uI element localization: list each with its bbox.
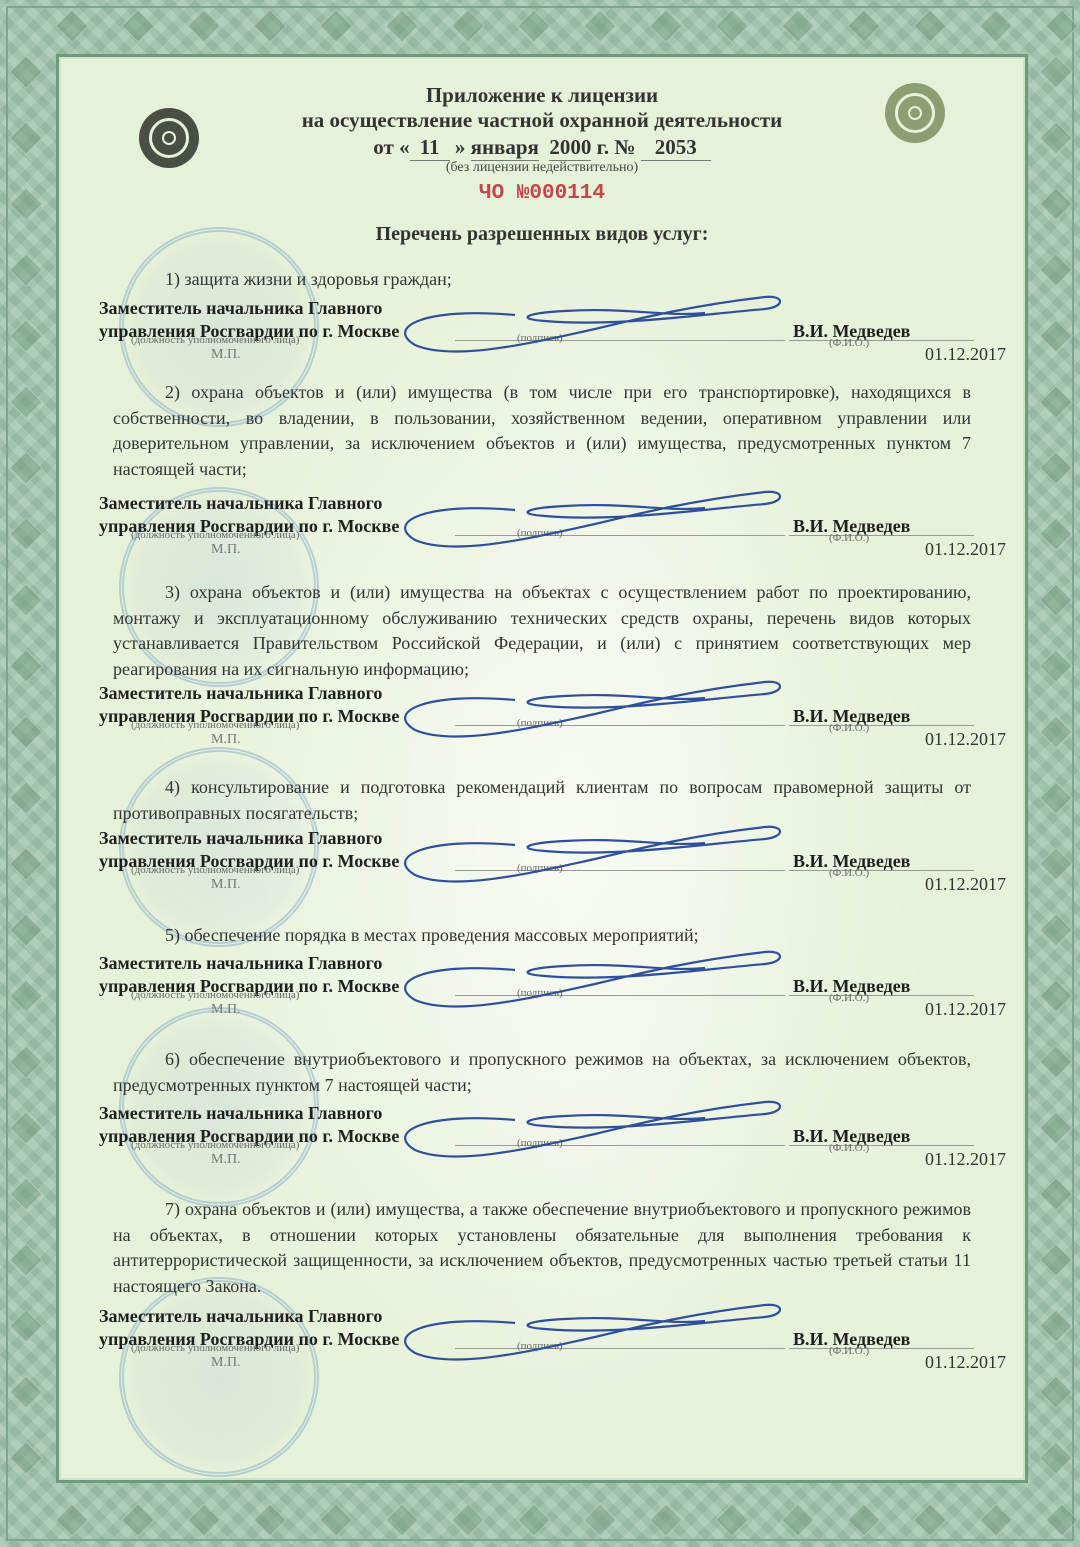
position-caption: (должность уполномоченного лица) [131, 864, 299, 876]
seal-caption: М.П. [211, 1355, 241, 1371]
signature-block: Заместитель начальника Главного управлен… [99, 1305, 979, 1375]
date-prefix: от « [373, 135, 409, 159]
signature-block: Заместитель начальника Главного управлен… [99, 827, 979, 897]
handwritten-signature-icon [365, 287, 785, 357]
signature-block: Заместитель начальника Главного управлен… [99, 952, 979, 1022]
service-item: 2) охрана объектов и (или) имущества (в … [113, 380, 971, 482]
service-item: 3) охрана объектов и (или) имущества на … [113, 580, 971, 682]
position-line1: Заместитель начальника Главного [99, 492, 399, 515]
handwritten-signature-icon [365, 1295, 785, 1365]
signature-block: Заместитель начальника Главного управлен… [99, 1102, 979, 1172]
position-caption: (должность уполномоченного лица) [131, 529, 299, 541]
position-caption: (должность уполномоченного лица) [131, 1342, 299, 1354]
name-caption: (Ф.И.О.) [829, 722, 869, 734]
seal-caption: М.П. [211, 732, 241, 748]
handwritten-signature-icon [365, 1092, 785, 1162]
document-subtitle: на осуществление частной охранной деятел… [59, 108, 1025, 133]
signature-block: Заместитель начальника Главного управлен… [99, 682, 979, 752]
name-caption: (Ф.И.О.) [829, 337, 869, 349]
date-mid: » [455, 135, 466, 159]
signature-date: 01.12.2017 [925, 729, 1006, 750]
serial-number: ЧО №000114 [59, 182, 1025, 205]
position-line1: Заместитель начальника Главного [99, 297, 399, 320]
signature-date: 01.12.2017 [925, 999, 1006, 1020]
position-caption: (должность уполномоченного лица) [131, 334, 299, 346]
signature-date: 01.12.2017 [925, 1352, 1006, 1373]
license-number: 2053 [641, 135, 711, 161]
seal-caption: М.П. [211, 1002, 241, 1018]
position-caption: (должность уполномоченного лица) [131, 1139, 299, 1151]
handwritten-signature-icon [365, 942, 785, 1012]
year-suffix: г. [597, 135, 609, 159]
name-caption: (Ф.И.О.) [829, 532, 869, 544]
signature-date: 01.12.2017 [925, 1149, 1006, 1170]
handwritten-signature-icon [365, 817, 785, 887]
name-caption: (Ф.И.О.) [829, 1345, 869, 1357]
document-title: Приложение к лицензии [59, 83, 1025, 108]
seal-caption: М.П. [211, 1152, 241, 1168]
services-list-title: Перечень разрешенных видов услуг: [59, 223, 1025, 246]
license-date-number: от «11 » января 2000 г. № 2053 [59, 135, 1025, 161]
position-line1: Заместитель начальника Главного [99, 1102, 399, 1125]
signature-date: 01.12.2017 [925, 874, 1006, 895]
license-month: января [471, 135, 539, 161]
service-item: 7) охрана объектов и (или) имущества, а … [113, 1197, 971, 1299]
handwritten-signature-icon [365, 672, 785, 742]
signature-date: 01.12.2017 [925, 344, 1006, 365]
signature-block: Заместитель начальника Главного управлен… [99, 297, 979, 367]
name-caption: (Ф.И.О.) [829, 867, 869, 879]
license-year: 2000 [549, 135, 591, 161]
position-line1: Заместитель начальника Главного [99, 682, 399, 705]
validity-note: (без лицензии недействительно) [59, 160, 1025, 176]
position-line1: Заместитель начальника Главного [99, 952, 399, 975]
license-appendix-page: Приложение к лицензии на осуществление ч… [56, 54, 1028, 1483]
name-caption: (Ф.И.О.) [829, 992, 869, 1004]
seal-caption: М.П. [211, 877, 241, 893]
signature-block: Заместитель начальника Главного управлен… [99, 492, 979, 562]
position-line1: Заместитель начальника Главного [99, 827, 399, 850]
seal-caption: М.П. [211, 542, 241, 558]
handwritten-signature-icon [365, 482, 785, 552]
position-caption: (должность уполномоченного лица) [131, 989, 299, 1001]
service-item: 6) обеспечение внутриобъектового и пропу… [113, 1047, 971, 1098]
signature-date: 01.12.2017 [925, 539, 1006, 560]
seal-caption: М.П. [211, 347, 241, 363]
position-caption: (должность уполномоченного лица) [131, 719, 299, 731]
number-label: № [614, 135, 635, 159]
position-line1: Заместитель начальника Главного [99, 1305, 399, 1328]
license-day: 11 [410, 135, 450, 161]
name-caption: (Ф.И.О.) [829, 1142, 869, 1154]
